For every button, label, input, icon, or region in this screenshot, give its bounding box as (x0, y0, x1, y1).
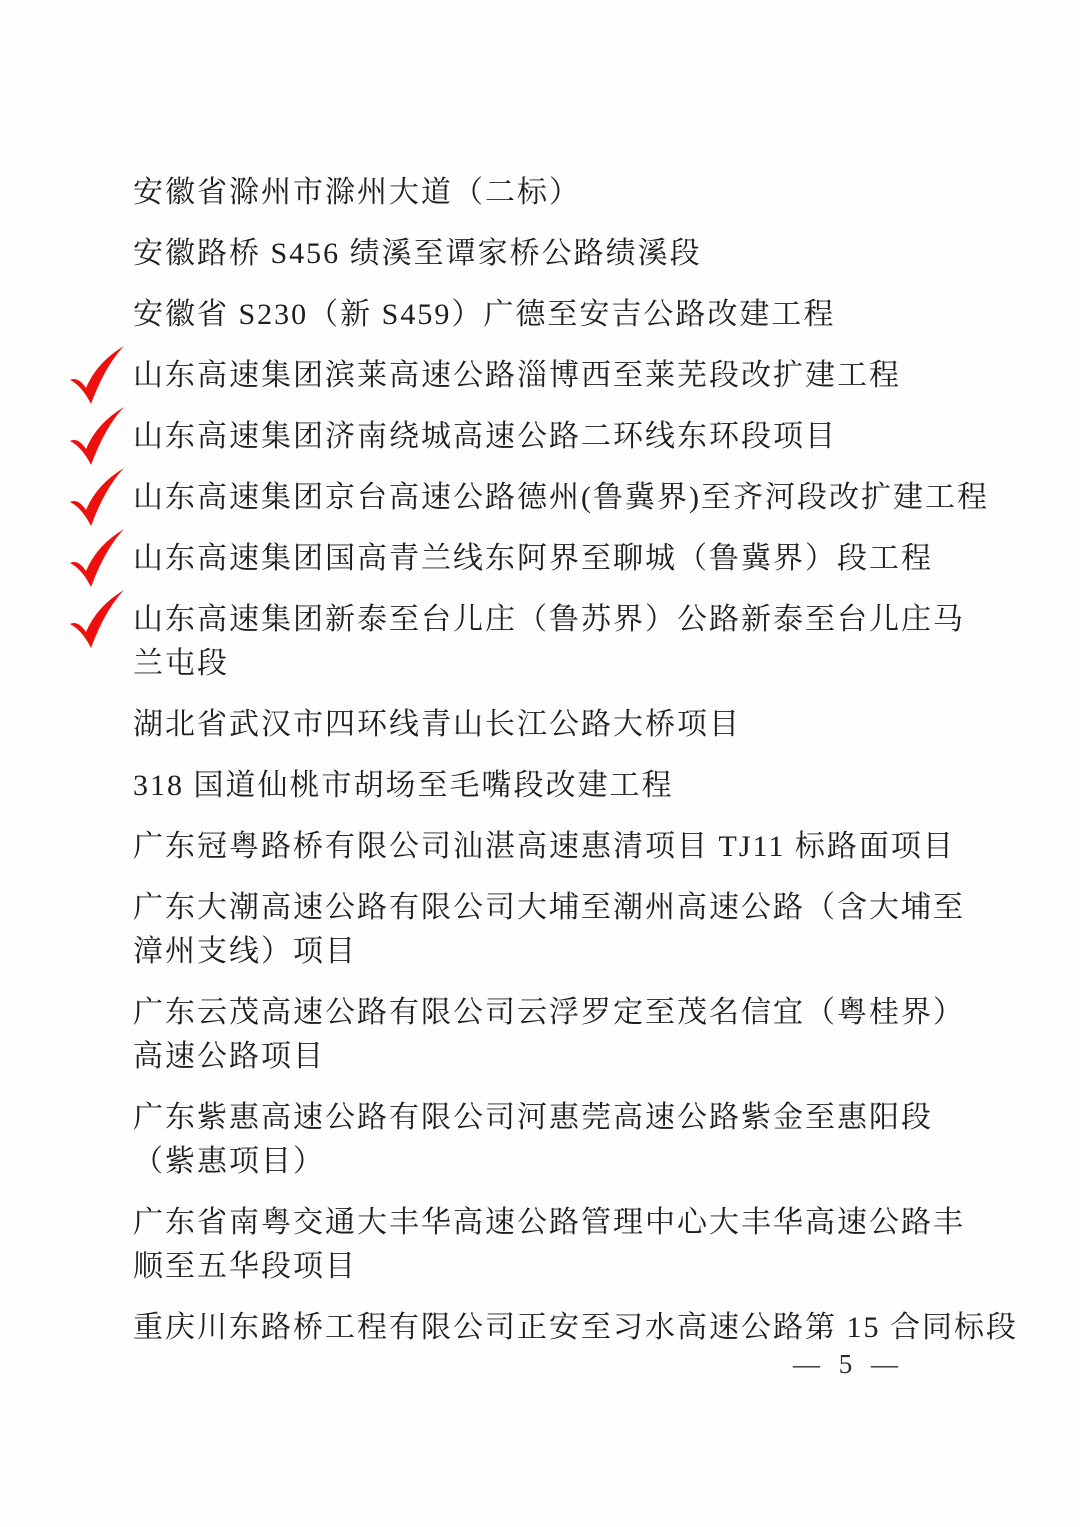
project-name-line: 安徽路桥 S456 绩溪至谭家桥公路绩溪段 (133, 232, 948, 276)
project-name-line: 山东高速集团京台高速公路德州(鲁冀界)至齐河段改扩建工程 (133, 476, 948, 520)
project-name-line: 山东高速集团新泰至台儿庄（鲁苏界）公路新泰至台儿庄马 (133, 598, 948, 642)
project-name-line: 广东省南粤交通大丰华高速公路管理中心大丰华高速公路丰 (133, 1201, 948, 1245)
project-name-line: 湖北省武汉市四环线青山长江公路大桥项目 (133, 703, 948, 747)
list-item: 广东云茂高速公路有限公司云浮罗定至茂名信宜（粤桂界）高速公路项目 (133, 991, 948, 1079)
list-item: 山东高速集团国高青兰线东阿界至聊城（鲁冀界）段工程 (133, 537, 948, 581)
project-name-line: 高速公路项目 (133, 1035, 948, 1079)
project-name-line: （紫惠项目） (133, 1140, 948, 1184)
checkmark-icon (67, 406, 127, 466)
list-item: 安徽路桥 S456 绩溪至谭家桥公路绩溪段 (133, 232, 948, 276)
list-item: 山东高速集团新泰至台儿庄（鲁苏界）公路新泰至台儿庄马兰屯段 (133, 598, 948, 686)
list-item: 广东大潮高速公路有限公司大埔至潮州高速公路（含大埔至漳州支线）项目 (133, 886, 948, 974)
list-item: 安徽省滁州市滁州大道（二标） (133, 171, 948, 215)
checkmark-icon (67, 345, 127, 405)
list-item: 山东高速集团济南绕城高速公路二环线东环段项目 (133, 415, 948, 459)
list-item: 广东紫惠高速公路有限公司河惠莞高速公路紫金至惠阳段（紫惠项目） (133, 1096, 948, 1184)
list-item: 重庆川东路桥工程有限公司正安至习水高速公路第 15 合同标段 (133, 1306, 948, 1350)
list-item: 湖北省武汉市四环线青山长江公路大桥项目 (133, 703, 948, 747)
checkmark-icon (67, 528, 127, 588)
checkmark-icon (67, 589, 127, 649)
project-name-line: 318 国道仙桃市胡场至毛嘴段改建工程 (133, 764, 948, 808)
project-name-line: 漳州支线）项目 (133, 930, 948, 974)
project-name-line: 广东云茂高速公路有限公司云浮罗定至茂名信宜（粤桂界） (133, 991, 948, 1035)
project-name-line: 广东冠粤路桥有限公司汕湛高速惠清项目 TJ11 标路面项目 (133, 825, 948, 869)
project-list: 安徽省滁州市滁州大道（二标）安徽路桥 S456 绩溪至谭家桥公路绩溪段安徽省 S… (133, 171, 948, 1367)
list-item: 318 国道仙桃市胡场至毛嘴段改建工程 (133, 764, 948, 808)
project-name-line: 安徽省滁州市滁州大道（二标） (133, 171, 948, 215)
project-name-line: 山东高速集团滨莱高速公路淄博西至莱芜段改扩建工程 (133, 354, 948, 398)
list-item: 广东省南粤交通大丰华高速公路管理中心大丰华高速公路丰顺至五华段项目 (133, 1201, 948, 1289)
document-page: 安徽省滁州市滁州大道（二标）安徽路桥 S456 绩溪至谭家桥公路绩溪段安徽省 S… (0, 0, 1080, 1527)
project-name-line: 广东大潮高速公路有限公司大埔至潮州高速公路（含大埔至 (133, 886, 948, 930)
project-name-line: 广东紫惠高速公路有限公司河惠莞高速公路紫金至惠阳段 (133, 1096, 948, 1140)
page-number: — 5 — (793, 1349, 904, 1380)
list-item: 山东高速集团京台高速公路德州(鲁冀界)至齐河段改扩建工程 (133, 476, 948, 520)
list-item: 安徽省 S230（新 S459）广德至安吉公路改建工程 (133, 293, 948, 337)
project-name-line: 山东高速集团济南绕城高速公路二环线东环段项目 (133, 415, 948, 459)
checkmark-icon (67, 467, 127, 527)
project-name-line: 安徽省 S230（新 S459）广德至安吉公路改建工程 (133, 293, 948, 337)
list-item: 山东高速集团滨莱高速公路淄博西至莱芜段改扩建工程 (133, 354, 948, 398)
project-name-line: 顺至五华段项目 (133, 1245, 948, 1289)
project-name-line: 兰屯段 (133, 642, 948, 686)
project-name-line: 山东高速集团国高青兰线东阿界至聊城（鲁冀界）段工程 (133, 537, 948, 581)
list-item: 广东冠粤路桥有限公司汕湛高速惠清项目 TJ11 标路面项目 (133, 825, 948, 869)
project-name-line: 重庆川东路桥工程有限公司正安至习水高速公路第 15 合同标段 (133, 1306, 948, 1350)
